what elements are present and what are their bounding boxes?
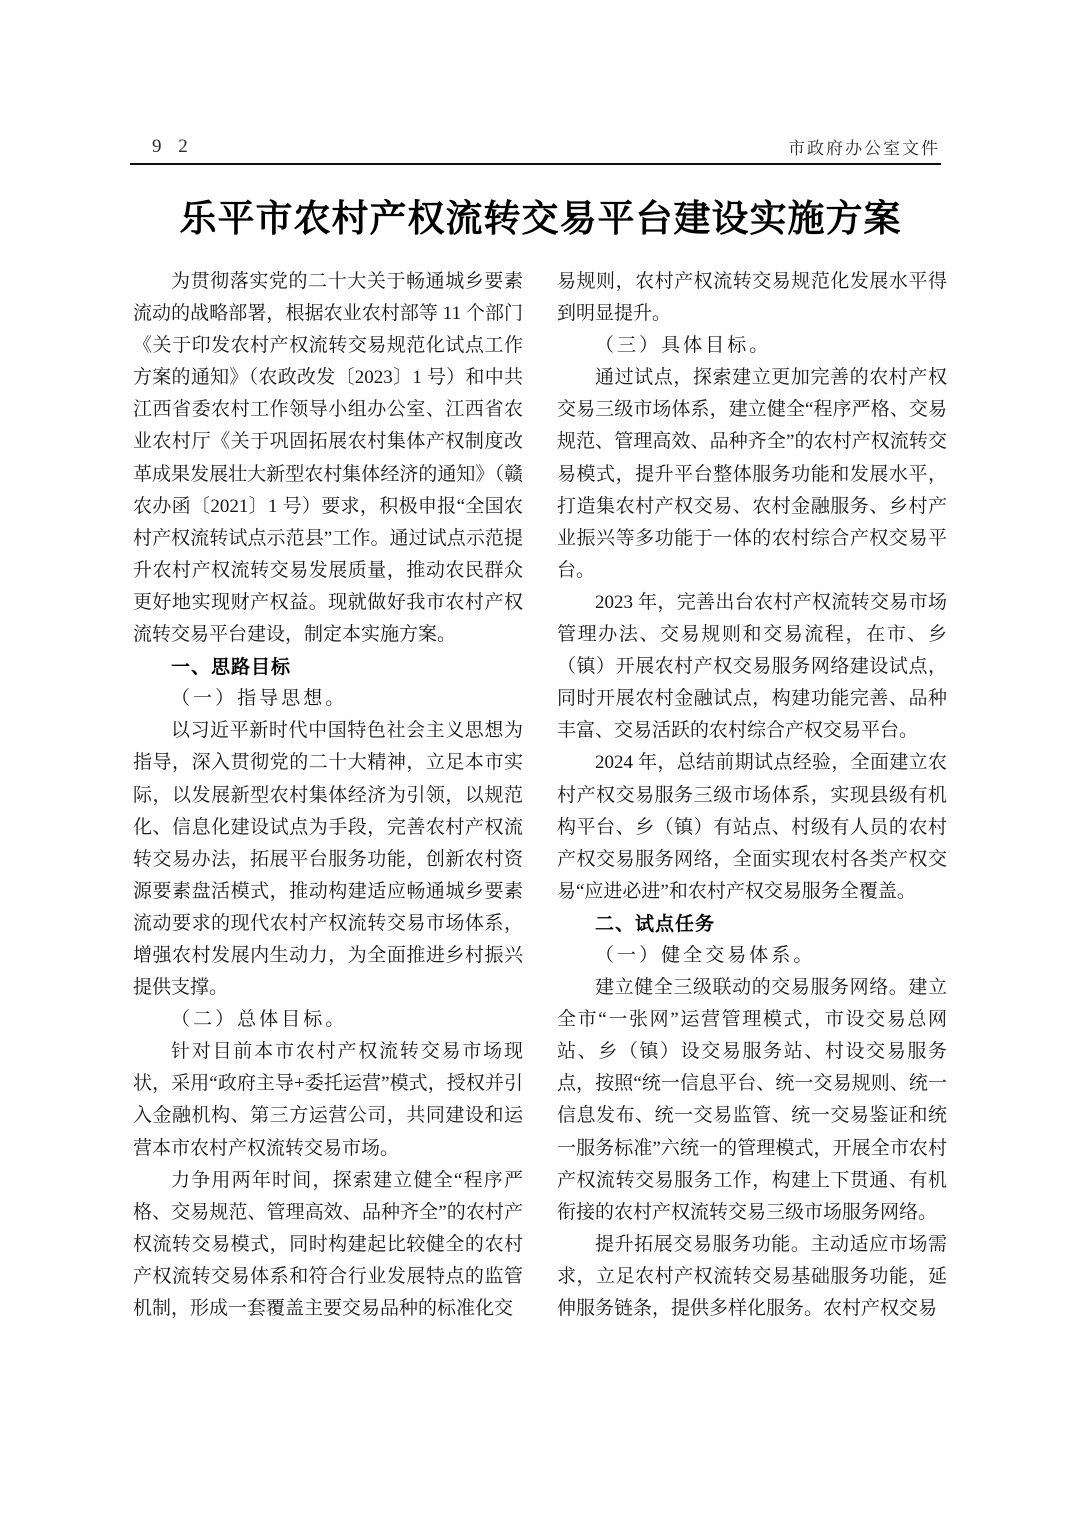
section-heading: 一、思路目标 xyxy=(133,651,523,683)
document-page: 9 2 市政府办公室文件 乐平市农村产权流转交易平台建设实施方案 为贯彻落实党的… xyxy=(0,0,1074,1520)
sub-heading: （一）健全交易体系。 xyxy=(557,940,947,972)
paragraph: 2024 年，总结前期试点经验，全面建立农村产权交易服务三级市场体系，实现县级有… xyxy=(557,747,947,907)
sub-heading: （三）具体目标。 xyxy=(557,330,947,362)
paragraph: 力争用两年时间，探索建立健全“程序严格、交易规范、管理高效、品种齐全”的农村产权… xyxy=(133,1165,523,1325)
document-title: 乐平市农村产权流转交易平台建设实施方案 xyxy=(133,188,948,242)
document-body: 为贯彻落实党的二十大关于畅通城乡要素流动的战略部署，根据农业农村部等 11 个部… xyxy=(133,266,948,1325)
paragraph: 建立健全三级联动的交易服务网络。建立全市“一张网”运营管理模式，市设交易总网站、… xyxy=(557,972,947,1229)
header-office-label: 市政府办公室文件 xyxy=(788,134,940,159)
paragraph: 为贯彻落实党的二十大关于畅通城乡要素流动的战略部署，根据农业农村部等 11 个部… xyxy=(133,266,523,651)
left-column: 为贯彻落实党的二十大关于畅通城乡要素流动的战略部署，根据农业农村部等 11 个部… xyxy=(133,266,523,1325)
right-column: 易规则，农村产权流转交易规范化发展水平得到明显提升。（三）具体目标。通过试点，探… xyxy=(557,266,947,1325)
paragraph: 提升拓展交易服务功能。主动适应市场需求，立足农村产权流转交易基础服务功能，延伸服… xyxy=(557,1229,947,1325)
paragraph: 2023 年，完善出台农村产权流转交易市场管理办法、交易规则和交易流程，在市、乡… xyxy=(557,587,947,747)
paragraph: 通过试点，探索建立更加完善的农村产权交易三级市场体系，建立健全“程序严格、交易规… xyxy=(557,362,947,587)
paragraph: 以习近平新时代中国特色社会主义思想为指导，深入贯彻党的二十大精神，立足本市实际，… xyxy=(133,715,523,1004)
page-number: 9 2 xyxy=(152,136,194,158)
header-rule xyxy=(130,163,941,165)
paragraph: 针对目前本市农村产权流转交易市场现状，采用“政府主导+委托运营”模式，授权并引入… xyxy=(133,1036,523,1164)
sub-heading: （二）总体目标。 xyxy=(133,1004,523,1036)
section-heading: 二、试点任务 xyxy=(557,908,947,940)
paragraph: 易规则，农村产权流转交易规范化发展水平得到明显提升。 xyxy=(557,266,947,330)
sub-heading: （一）指导思想。 xyxy=(133,683,523,715)
